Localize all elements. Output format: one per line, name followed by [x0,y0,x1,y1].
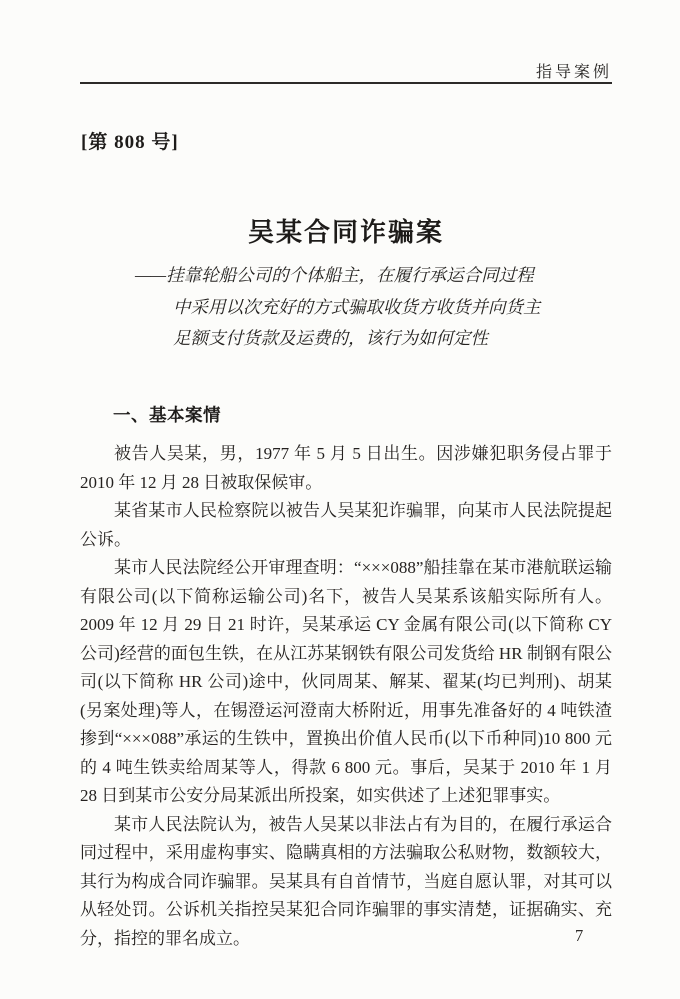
paragraph-court-findings: 某市人民法院经公开审理查明：“×××088”船挂靠在某市港航联运输有限公司(以下… [80,554,612,811]
case-number: [第 808 号] [81,127,179,154]
paragraph-prosecution: 某省某市人民检察院以被告人吴某犯诈骗罪，向某市人民法院提起公诉。 [80,497,612,554]
subtitle-line-2: 中采用以次充好的方式骗取收货方收货并向货主 [135,292,585,324]
case-title: 吴某合同诈骗案 [80,212,612,249]
subtitle-line-1: ——挂靠轮船公司的个体船主，在履行承运合同过程 [135,260,585,292]
header-rule [80,82,612,84]
book-page: 指导案例 [第 808 号] 吴某合同诈骗案 ——挂靠轮船公司的个体船主，在履行… [0,0,680,999]
body-text: 被告人吴某，男，1977 年 5 月 5 日出生。因涉嫌犯职务侵占罪于 2010… [80,440,612,953]
paragraph-court-opinion: 某市人民法院认为，被告人吴某以非法占有为目的，在履行承运合同过程中，采用虚构事实… [80,811,612,954]
case-subtitle: ——挂靠轮船公司的个体船主，在履行承运合同过程 中采用以次充好的方式骗取收货方收… [135,260,585,355]
page-number: 7 [575,926,583,946]
running-header: 指导案例 [536,59,612,82]
section-heading-basic-facts: 一、基本案情 [113,402,221,427]
paragraph-defendant-info: 被告人吴某，男，1977 年 5 月 5 日出生。因涉嫌犯职务侵占罪于 2010… [80,440,612,497]
subtitle-line-3: 足额支付货款及运费的，该行为如何定性 [135,323,585,355]
